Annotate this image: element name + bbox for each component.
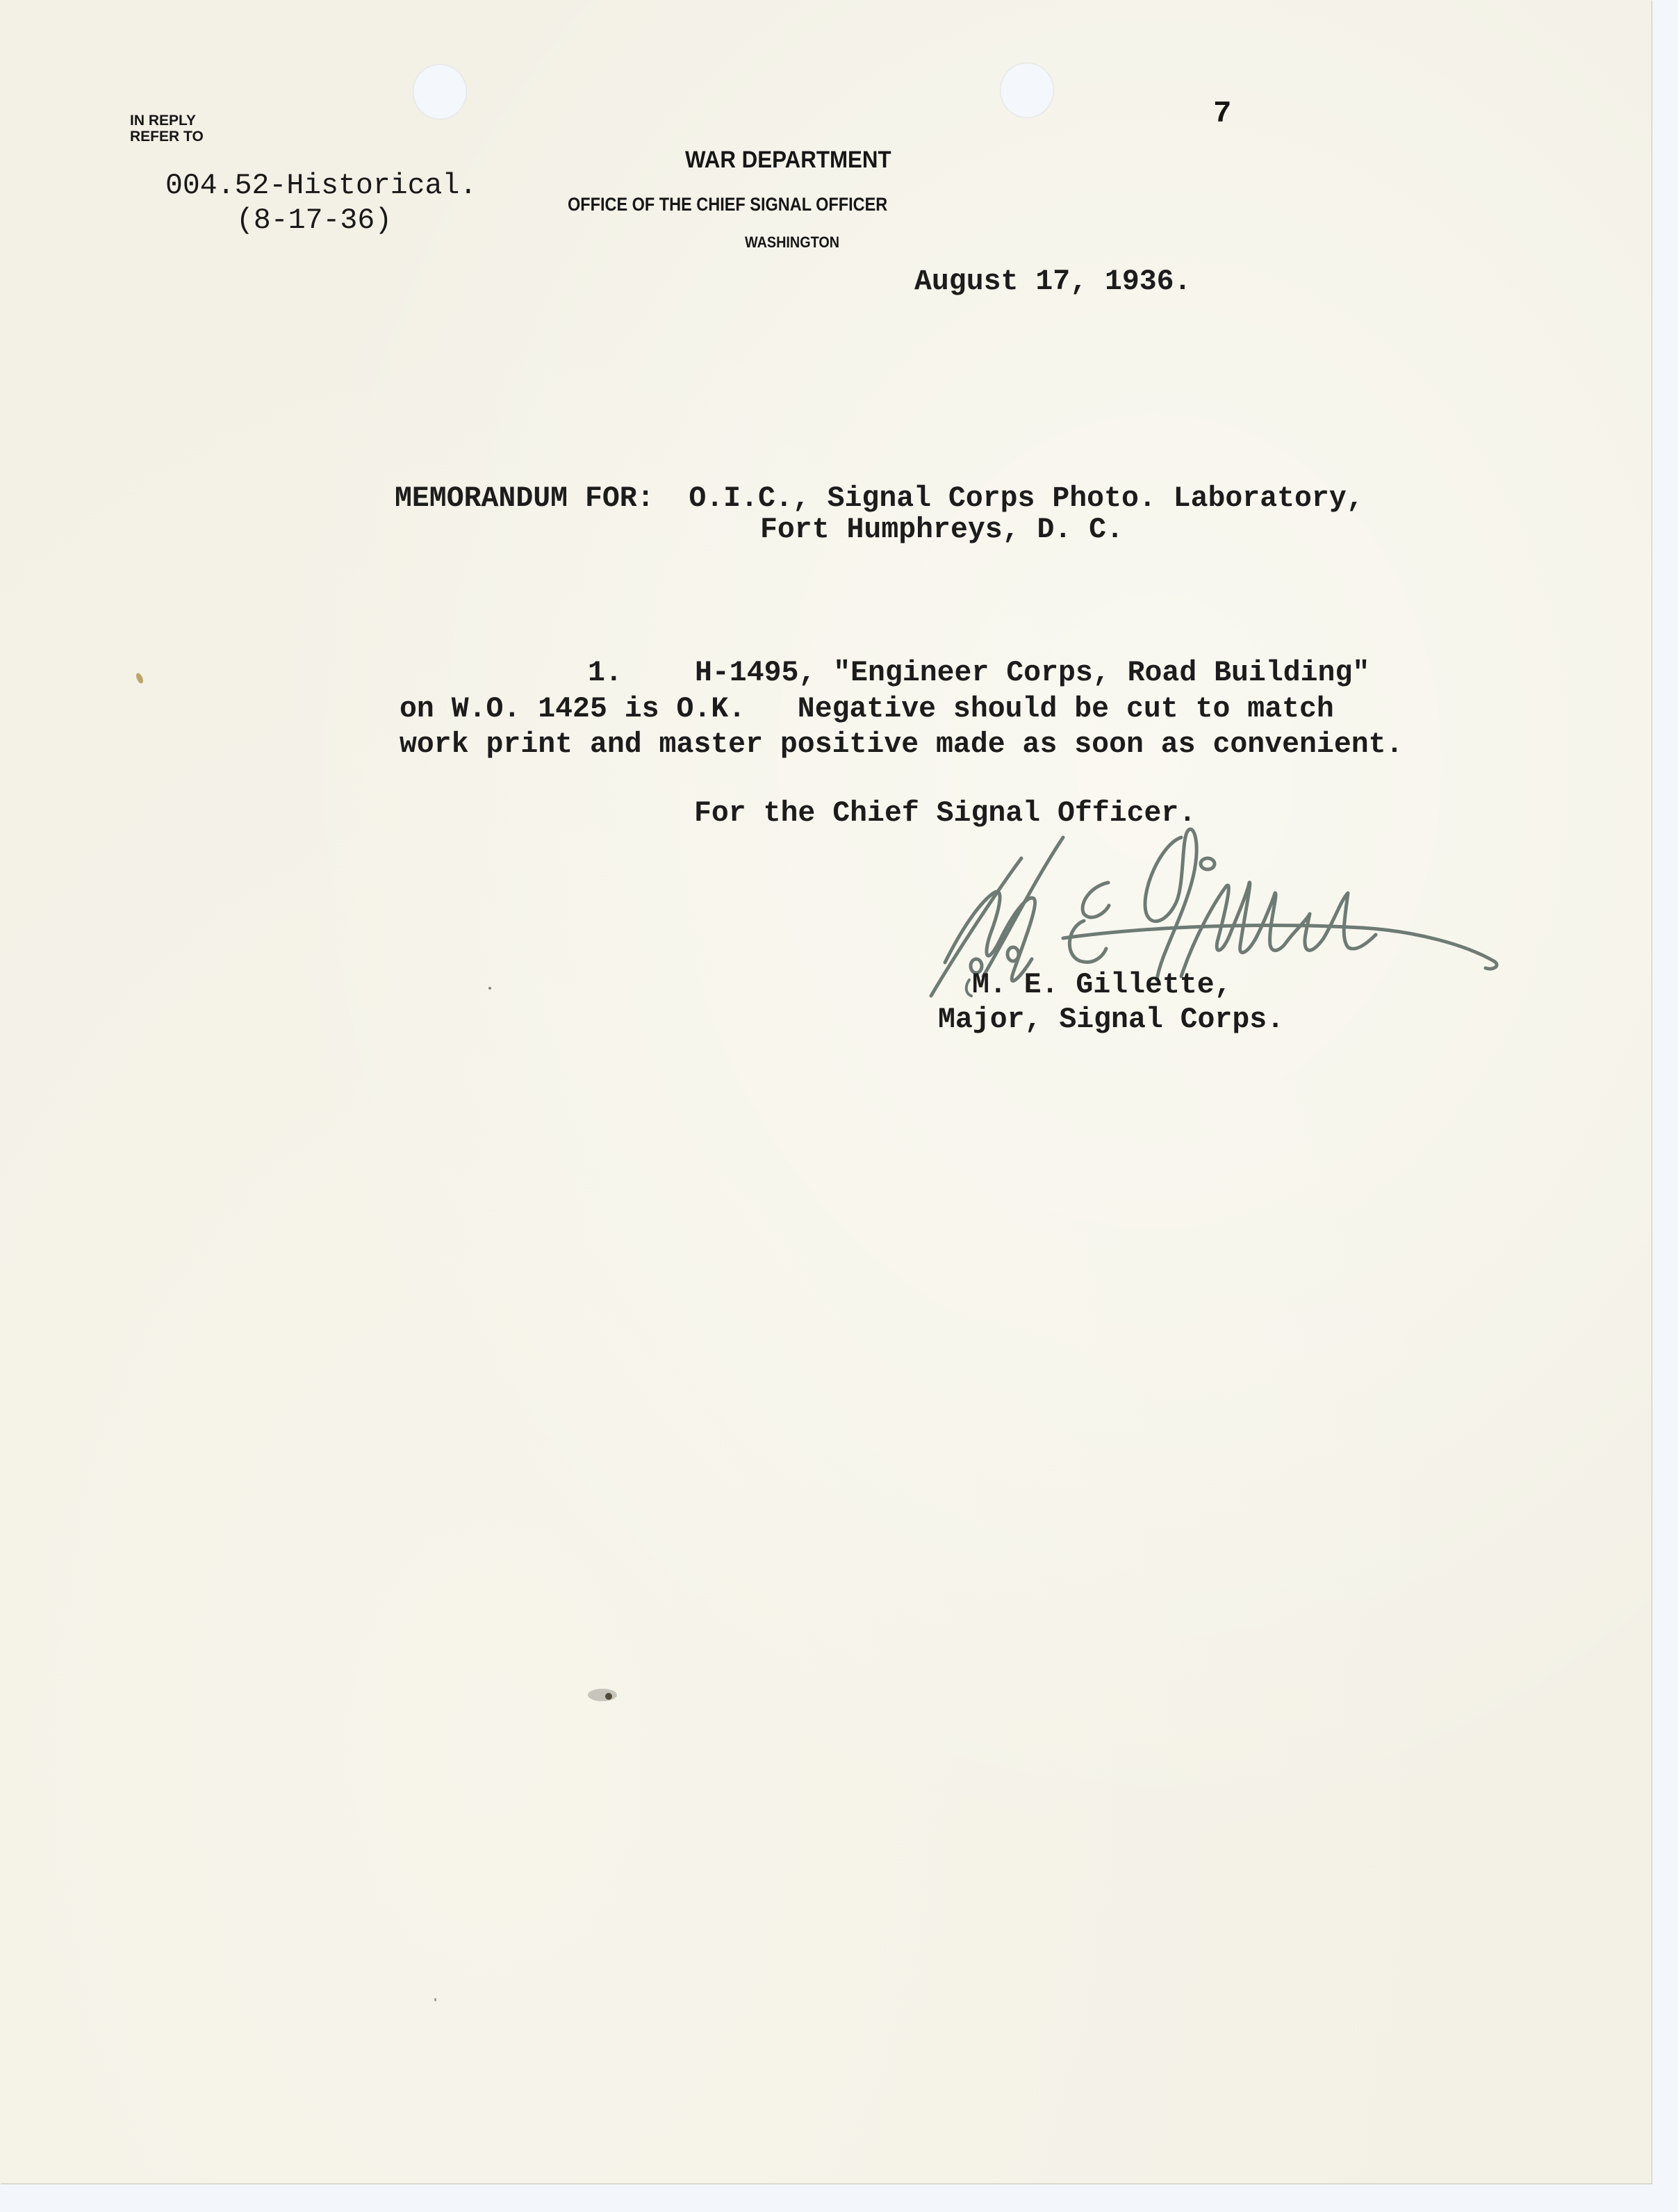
signer-title: Major, Signal Corps.: [938, 1006, 1284, 1035]
refer-to-label: REFER TO: [130, 129, 204, 145]
paper-smudge: [588, 1689, 617, 1701]
department-name: WAR DEPARTMENT: [685, 148, 891, 172]
office-city: WASHINGTON: [745, 235, 839, 250]
signer-name: M. E. Gillette,: [972, 971, 1232, 1000]
paper-stain: [135, 672, 145, 685]
memo-line-2: Fort Humphreys, D. C.: [760, 516, 1124, 545]
office-name: OFFICE OF THE CHIEF SIGNAL OFFICER: [568, 195, 887, 214]
body-line-2: on W.O. 1425 is O.K. Negative should be …: [400, 695, 1334, 724]
file-date: (8-17-36): [236, 206, 392, 236]
body-line-1: H-1495, "Engineer Corps, Road Building": [695, 659, 1369, 688]
document-page: 7 IN REPLY REFER TO 004.52-Historical. (…: [0, 0, 1652, 2184]
paper-speck: [434, 1998, 436, 2001]
paper-speck: [605, 1693, 612, 1700]
memo-line-1: MEMORANDUM FOR: O.I.C., Signal Corps Pho…: [395, 484, 1364, 514]
page-number: 7: [1213, 99, 1231, 129]
file-number: 004.52-Historical.: [165, 172, 477, 201]
paper-speck: [488, 987, 491, 990]
body-line-3: work print and master positive made as s…: [400, 730, 1403, 760]
punch-hole-left: [413, 64, 467, 120]
paragraph-number: 1.: [588, 659, 623, 688]
in-reply-label: IN REPLY: [130, 113, 196, 129]
letter-date: August 17, 1936.: [914, 268, 1191, 297]
punch-hole-right: [1000, 63, 1054, 118]
